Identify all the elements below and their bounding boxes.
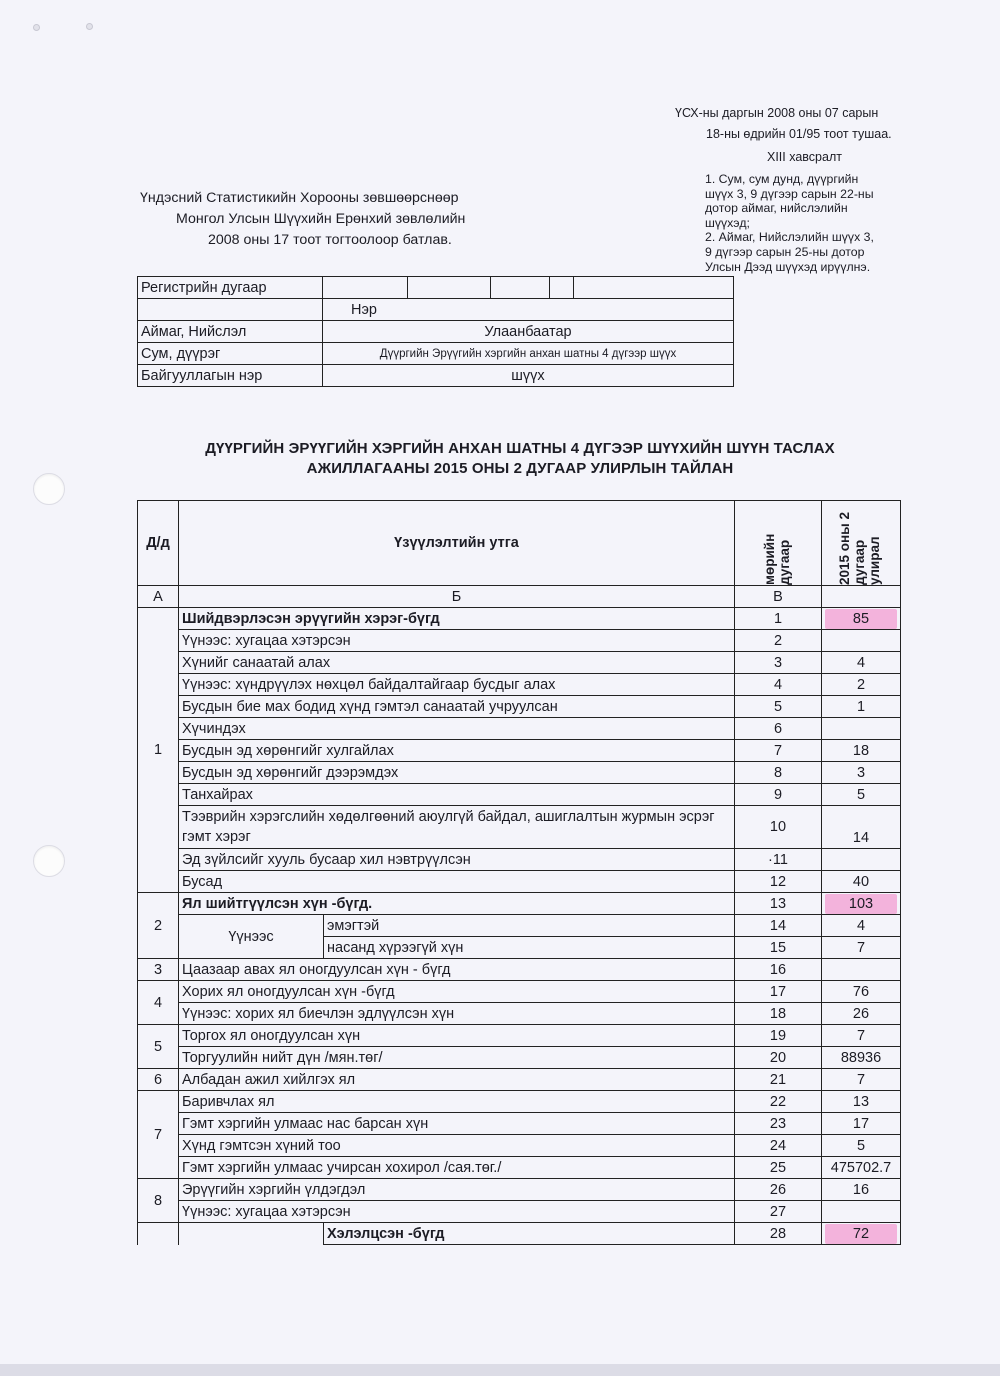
table-row: 8 Эрүүгийн хэргийн үлдэгдэл 26 16 bbox=[138, 1179, 901, 1201]
row-value: 13 bbox=[822, 1091, 901, 1113]
letter-a: А bbox=[138, 586, 179, 608]
row-number: 6 bbox=[735, 718, 822, 740]
table-row: Үүнээс: хугацаа хэтэрсэн 27 bbox=[138, 1201, 901, 1223]
letter-blank bbox=[822, 586, 901, 608]
row-value-highlighted: 103 bbox=[825, 894, 897, 914]
row-label: Хүнд гэмтсэн хүний тоо bbox=[179, 1135, 735, 1157]
row-value: 4 bbox=[822, 915, 901, 937]
group-number: 2 bbox=[138, 893, 179, 959]
row-number: 13 bbox=[735, 893, 822, 915]
table-row: 3 Цаазаар авах ял оногдуулсан хүн - бүгд… bbox=[138, 959, 901, 981]
row-label: Тээврийн хэрэгслийн хөдөлгөөний аюулгүй … bbox=[179, 806, 735, 849]
row-number: 9 bbox=[735, 784, 822, 806]
row-number: 8 bbox=[735, 762, 822, 784]
table-row: 6 Албадан ажил хийлгэх ял 21 7 bbox=[138, 1069, 901, 1091]
group-number: 1 bbox=[138, 608, 179, 893]
org-label: Байгууллагын нэр bbox=[138, 365, 323, 387]
punch-hole bbox=[33, 845, 65, 877]
row-number: ·11 bbox=[735, 849, 822, 871]
row-number: 1 bbox=[735, 608, 822, 630]
row-value: 88936 bbox=[822, 1047, 901, 1069]
letter-c: В bbox=[735, 586, 822, 608]
group-number: 8 bbox=[138, 1179, 179, 1223]
row-label: Хүчиндэх bbox=[179, 718, 735, 740]
row-number: 25 bbox=[735, 1157, 822, 1179]
approval-line: ҮСХ-ны даргын 2008 оны 07 сарын bbox=[675, 102, 878, 124]
row-value: 5 bbox=[822, 784, 901, 806]
row-value: 76 bbox=[822, 981, 901, 1003]
table-row: Үүнээс эмэгтэй 14 4 bbox=[138, 915, 901, 937]
staple-hole bbox=[33, 24, 40, 31]
table-row: Тээврийн хэрэгслийн хөдөлгөөний аюулгүй … bbox=[138, 806, 901, 849]
table-row: Хүнд гэмтсэн хүний тоо 24 5 bbox=[138, 1135, 901, 1157]
aimag-label: Аймаг, Нийслэл bbox=[138, 321, 323, 343]
row-value: 7 bbox=[822, 1025, 901, 1047]
register-cell[interactable] bbox=[323, 277, 408, 299]
group-number: 5 bbox=[138, 1025, 179, 1069]
row-value: 40 bbox=[822, 871, 901, 893]
table-header-row: Д/д Үзүүлэлтийн утга мөрийн дугаар 2015 … bbox=[138, 501, 901, 586]
row-value: 7 bbox=[822, 937, 901, 959]
table-row: Гэмт хэргийн улмаас учирсан хохирол /сая… bbox=[138, 1157, 901, 1179]
row-value: 1 bbox=[822, 696, 901, 718]
row-label: Хүнийг санаатай алах bbox=[179, 652, 735, 674]
row-number: 23 bbox=[735, 1113, 822, 1135]
row-label: Гэмт хэргийн улмаас учирсан хохирол /сая… bbox=[179, 1157, 735, 1179]
row-value: 475702.7 bbox=[822, 1157, 901, 1179]
row-label: Албадан ажил хийлгэх ял bbox=[179, 1069, 735, 1091]
row-label: Бусдын эд хөрөнгийг хулгайлах bbox=[179, 740, 735, 762]
row-value bbox=[822, 718, 901, 740]
report-title-line: ДҮҮРГИЙН ЭРҮҮГИЙН ХЭРГИЙН АНХАН ШАТНЫ 4 … bbox=[130, 439, 910, 459]
row-label: Бусад bbox=[179, 871, 735, 893]
row-label: Хэлэлцсэн -бүгд bbox=[324, 1223, 735, 1245]
register-label: Регистрийн дугаар bbox=[138, 277, 323, 299]
approval-line: Монгол Улсын Шүүхийн Ерөнхий зөвлөлийн bbox=[130, 209, 550, 230]
table-row: Торгуулийн нийт дүн /мян.төг/ 20 88936 bbox=[138, 1047, 901, 1069]
row-number: 4 bbox=[735, 674, 822, 696]
table-row: Эд зүйлсийг хууль бусаар хил нэвтрүүлсэн… bbox=[138, 849, 901, 871]
table-row: Үүнээс: хугацаа хэтэрсэн 2 bbox=[138, 630, 901, 652]
register-cell[interactable] bbox=[550, 277, 574, 299]
table-row: 7 Баривчлах ял 22 13 bbox=[138, 1091, 901, 1113]
row-label: Цаазаар авах ял оногдуулсан хүн - бүгд bbox=[179, 959, 735, 981]
row-value bbox=[822, 1201, 901, 1223]
row-number: 26 bbox=[735, 1179, 822, 1201]
row-number: 24 bbox=[735, 1135, 822, 1157]
row-value-highlighted: 72 bbox=[825, 1224, 897, 1244]
registration-table: Регистрийн дугаар Нэр Аймаг, Нийслэл Ула… bbox=[137, 276, 734, 387]
row-label: Торгох ял оногдуулсан хүн bbox=[179, 1025, 735, 1047]
register-cell[interactable] bbox=[574, 277, 734, 299]
row-number: 18 bbox=[735, 1003, 822, 1025]
row-label: Үүнээс: хугацаа хэтэрсэн bbox=[179, 630, 735, 652]
table-row: Хүчиндэх 6 bbox=[138, 718, 901, 740]
table-row: Хэлэлцсэн -бүгд 28 72 bbox=[138, 1223, 901, 1245]
row-number: 28 bbox=[735, 1223, 822, 1245]
row-value: 2 bbox=[822, 674, 901, 696]
punch-hole bbox=[33, 473, 65, 505]
row-value: 5 bbox=[822, 1135, 901, 1157]
row-value: 26 bbox=[822, 1003, 901, 1025]
table-row: Үүнээс: хорих ял биечлэн эдлүүлсэн хүн 1… bbox=[138, 1003, 901, 1025]
table-row: Бусдын эд хөрөнгийг дээрэмдэх 8 3 bbox=[138, 762, 901, 784]
row-number: 22 bbox=[735, 1091, 822, 1113]
row-label: Ял шийтгүүлсэн хүн -бүгд. bbox=[179, 893, 735, 915]
register-cell[interactable] bbox=[408, 277, 491, 299]
report-title-line: АЖИЛЛАГААНЫ 2015 ОНЫ 2 ДУГААР УЛИРЛЫН ТА… bbox=[130, 459, 910, 479]
row-label: Бусдын бие мах бодид хүнд гэмтэл санаата… bbox=[179, 696, 735, 718]
group-number: 7 bbox=[138, 1091, 179, 1179]
row-number: 3 bbox=[735, 652, 822, 674]
row-value: 3 bbox=[822, 762, 901, 784]
row-label: Торгуулийн нийт дүн /мян.төг/ bbox=[179, 1047, 735, 1069]
row-value: 7 bbox=[822, 1069, 901, 1091]
row-number: 14 bbox=[735, 915, 822, 937]
row-label: Эрүүгийн хэргийн үлдэгдэл bbox=[179, 1179, 735, 1201]
row-value: 17 bbox=[822, 1113, 901, 1135]
row-label: Үүнээс: хорих ял биечлэн эдлүүлсэн хүн bbox=[179, 1003, 735, 1025]
instruction-2: 2. Аймаг, Нийслэлийн шүүх 3, 9 дүгээр са… bbox=[705, 230, 905, 274]
blank-label bbox=[138, 299, 323, 321]
submission-instructions: 1. Сум, сум дунд, дүүргийн шүүх 3, 9 дүг… bbox=[705, 172, 905, 274]
row-value bbox=[822, 630, 901, 652]
row-number: 16 bbox=[735, 959, 822, 981]
row-label: Үүнээс: хүндрүүлэх нөхцөл байдалтайгаар … bbox=[179, 674, 735, 696]
group-number: 4 bbox=[138, 981, 179, 1025]
row-number: 15 bbox=[735, 937, 822, 959]
row-number: 10 bbox=[735, 806, 822, 849]
row-number: 7 bbox=[735, 740, 822, 762]
instruction-1: 1. Сум, сум дунд, дүүргийн шүүх 3, 9 дүг… bbox=[705, 172, 905, 230]
row-number: 2 bbox=[735, 630, 822, 652]
group-number: 3 bbox=[138, 959, 179, 981]
row-value-highlighted: 85 bbox=[825, 609, 897, 629]
table-row: 1 Шийдвэрлэсэн эрүүгийн хэрэг-бүгд 1 85 bbox=[138, 608, 901, 630]
table-row: Бусдын эд хөрөнгийг хулгайлах 7 18 bbox=[138, 740, 901, 762]
header-row-number: мөрийн дугаар bbox=[762, 501, 794, 585]
header-indicator: Үзүүлэлтийн утга bbox=[179, 501, 735, 586]
row-number: 12 bbox=[735, 871, 822, 893]
approval-statement: Үндэсний Статистикийн Хорооны зөвшөөрснө… bbox=[130, 188, 550, 251]
approval-line: 2008 оны 17 тоот тогтоолоор батлав. bbox=[130, 230, 550, 251]
row-label: Гэмт хэргийн улмаас нас барсан хүн bbox=[179, 1113, 735, 1135]
row-label: Хорих ял оногдуулсан хүн -бүгд bbox=[179, 981, 735, 1003]
letter-b: Б bbox=[179, 586, 735, 608]
row-value: 14 bbox=[822, 806, 901, 849]
row-value: 16 bbox=[822, 1179, 901, 1201]
org-value: шүүх bbox=[323, 365, 734, 387]
row-label: насанд хүрээгүй хүн bbox=[324, 937, 735, 959]
row-value bbox=[822, 959, 901, 981]
report-table: Д/д Үзүүлэлтийн утга мөрийн дугаар 2015 … bbox=[137, 500, 901, 1245]
row-label: Бусдын эд хөрөнгийг дээрэмдэх bbox=[179, 762, 735, 784]
row-number: 20 bbox=[735, 1047, 822, 1069]
row-number: 19 bbox=[735, 1025, 822, 1047]
header-period: 2015 оны 2 дугаар улирал bbox=[837, 501, 885, 585]
table-row: 4 Хорих ял оногдуулсан хүн -бүгд 17 76 bbox=[138, 981, 901, 1003]
row-value bbox=[822, 849, 901, 871]
row-label: Эд зүйлсийг хууль бусаар хил нэвтрүүлсэн bbox=[179, 849, 735, 871]
scan-edge bbox=[0, 1364, 1000, 1376]
row-number: 5 bbox=[735, 696, 822, 718]
table-row: Хүнийг санаатай алах 3 4 bbox=[138, 652, 901, 674]
group-number-blank bbox=[138, 1223, 179, 1245]
of-which-label: Үүнээс bbox=[179, 915, 324, 959]
report-title: ДҮҮРГИЙН ЭРҮҮГИЙН ХЭРГИЙН АНХАН ШАТНЫ 4 … bbox=[130, 439, 910, 479]
table-letter-row: А Б В bbox=[138, 586, 901, 608]
sum-label: Сум, дүүрэг bbox=[138, 343, 323, 365]
row-label: Танхайрах bbox=[179, 784, 735, 806]
row-label: эмэгтэй bbox=[324, 915, 735, 937]
row-number: 21 bbox=[735, 1069, 822, 1091]
group-number: 6 bbox=[138, 1069, 179, 1091]
row-number: 17 bbox=[735, 981, 822, 1003]
name-header: Нэр bbox=[323, 299, 734, 321]
row-label: Баривчлах ял bbox=[179, 1091, 735, 1113]
row-value: 18 bbox=[822, 740, 901, 762]
row-label: Үүнээс: хугацаа хэтэрсэн bbox=[179, 1201, 735, 1223]
table-row: Үүнээс: хүндрүүлэх нөхцөл байдалтайгаар … bbox=[138, 674, 901, 696]
table-row: Гэмт хэргийн улмаас нас барсан хүн 23 17 bbox=[138, 1113, 901, 1135]
header-dd: Д/д bbox=[138, 501, 179, 586]
table-row: Бусад 12 40 bbox=[138, 871, 901, 893]
approval-line: Үндэсний Статистикийн Хорооны зөвшөөрснө… bbox=[130, 188, 550, 209]
blank-cell bbox=[179, 1223, 324, 1245]
approval-line: 18-ны өдрийн 01/95 тоот тушаа. bbox=[706, 123, 892, 145]
table-row: Бусдын бие мах бодид хүнд гэмтэл санаата… bbox=[138, 696, 901, 718]
row-value: 4 bbox=[822, 652, 901, 674]
row-label: Шийдвэрлэсэн эрүүгийн хэрэг-бүгд bbox=[179, 608, 735, 630]
appendix-label: XIII хавсралт bbox=[767, 146, 842, 168]
table-row: Танхайрах 9 5 bbox=[138, 784, 901, 806]
table-row: 5 Торгох ял оногдуулсан хүн 19 7 bbox=[138, 1025, 901, 1047]
row-number: 27 bbox=[735, 1201, 822, 1223]
aimag-value: Улаанбаатар bbox=[323, 321, 734, 343]
sum-value: Дүүргийн Эрүүгийн хэргийн анхан шатны 4 … bbox=[323, 343, 734, 365]
staple-hole bbox=[86, 23, 93, 30]
register-cell[interactable] bbox=[491, 277, 550, 299]
table-row: 2 Ял шийтгүүлсэн хүн -бүгд. 13 103 bbox=[138, 893, 901, 915]
